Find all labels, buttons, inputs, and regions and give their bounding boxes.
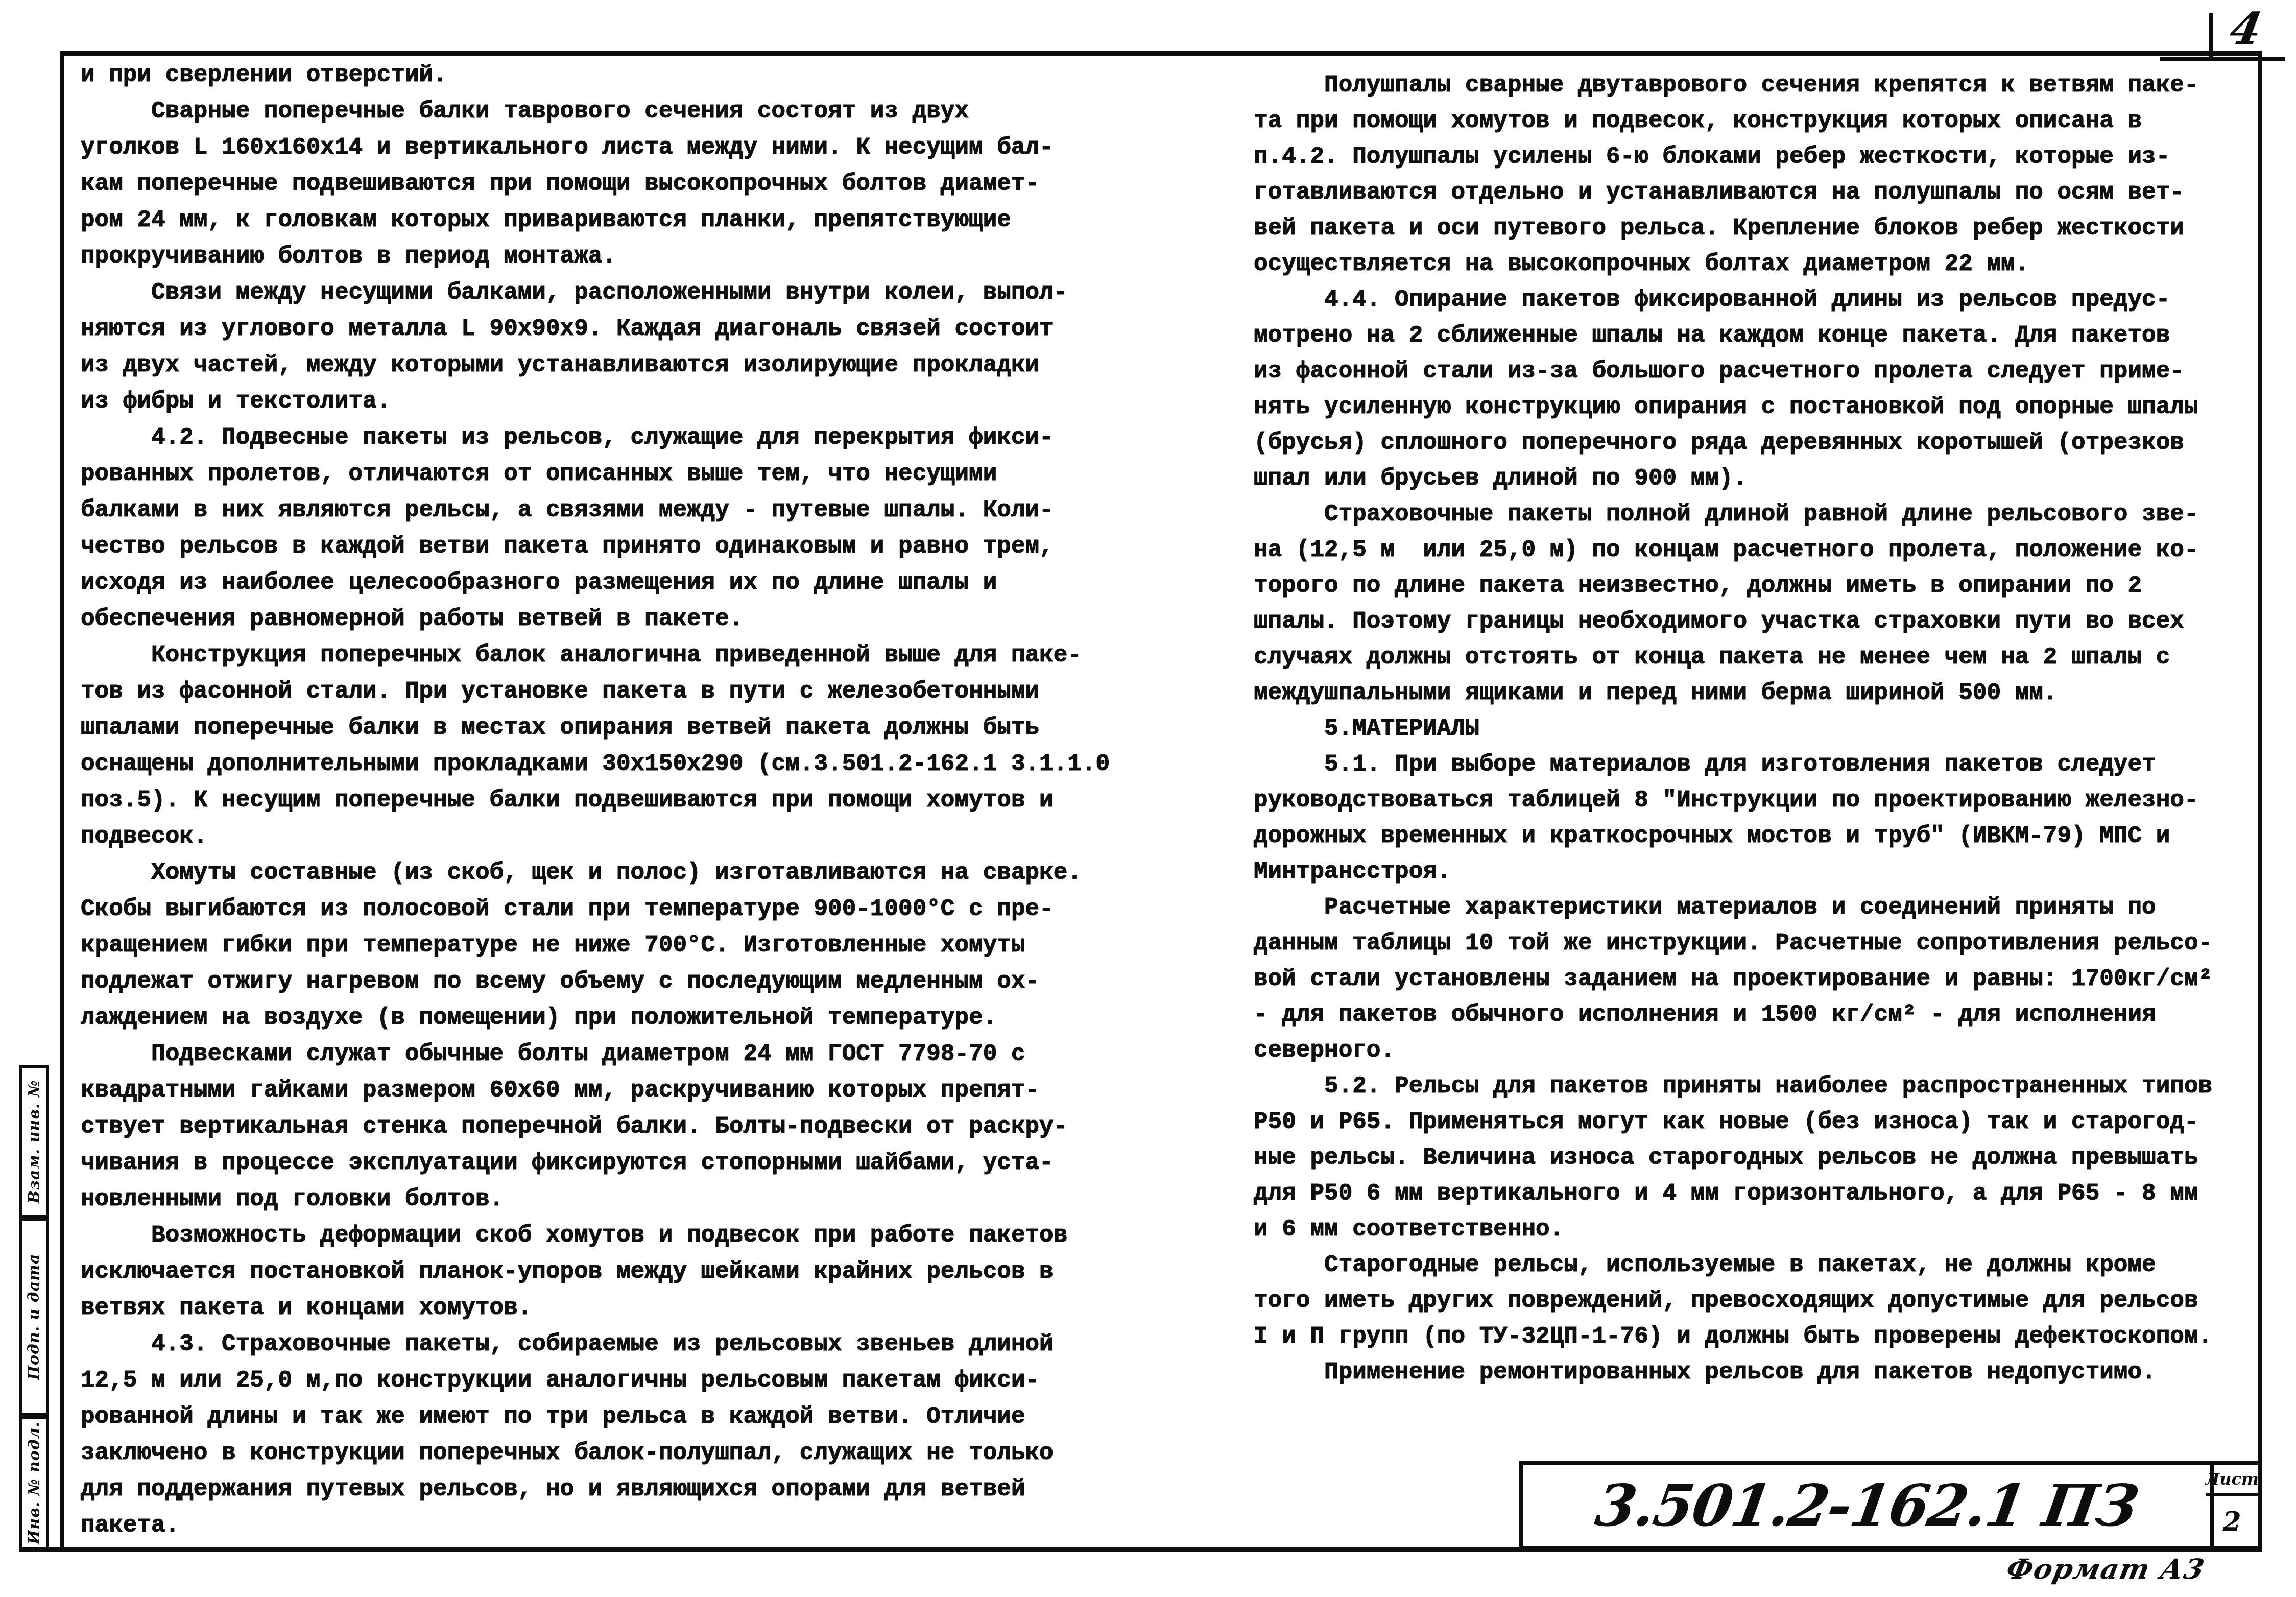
title-block-sheet-cell: Лист 2 — [2206, 1465, 2258, 1546]
stamp-field-vzam-inv: Взам. инв. № — [19, 1065, 49, 1218]
stamp-field-vzam-inv-label: Взам. инв. № — [26, 1080, 43, 1203]
stamp-field-podp-data: Подп. и дата — [19, 1218, 49, 1416]
stamp-field-inv-podl: Инв. № подл. — [19, 1416, 49, 1550]
document-number: 3.501.2-162.1 ПЗ — [1591, 1472, 2142, 1539]
frame-right-border — [2258, 51, 2262, 1552]
page-number: 4 — [2226, 3, 2266, 55]
frame-top-border — [60, 51, 2262, 56]
corner-mark-vertical — [2209, 13, 2213, 60]
stamp-field-podp-data-label: Подп. и дата — [26, 1254, 43, 1380]
title-block: 3.501.2-162.1 ПЗ Лист 2 — [1519, 1461, 2262, 1551]
sheet-number: 2 — [2206, 1496, 2258, 1546]
corner-mark-horizontal — [2160, 57, 2285, 61]
sheet-label: Лист — [2206, 1465, 2258, 1496]
scanned-document-page: 4 и при сверлении отверстий. Сварные поп… — [0, 0, 2296, 1597]
left-column-text: и при сверлении отверстий. Сварные попер… — [81, 57, 1110, 1544]
stamp-field-inv-podl-label: Инв. № подл. — [26, 1421, 43, 1544]
frame-left-border — [60, 51, 64, 1552]
format-label: Формат А3 — [2003, 1553, 2208, 1585]
title-block-main-cell: 3.501.2-162.1 ПЗ — [1523, 1465, 2214, 1546]
right-column-text: Полушпалы сварные двутаврового сечения к… — [1254, 67, 2212, 1390]
